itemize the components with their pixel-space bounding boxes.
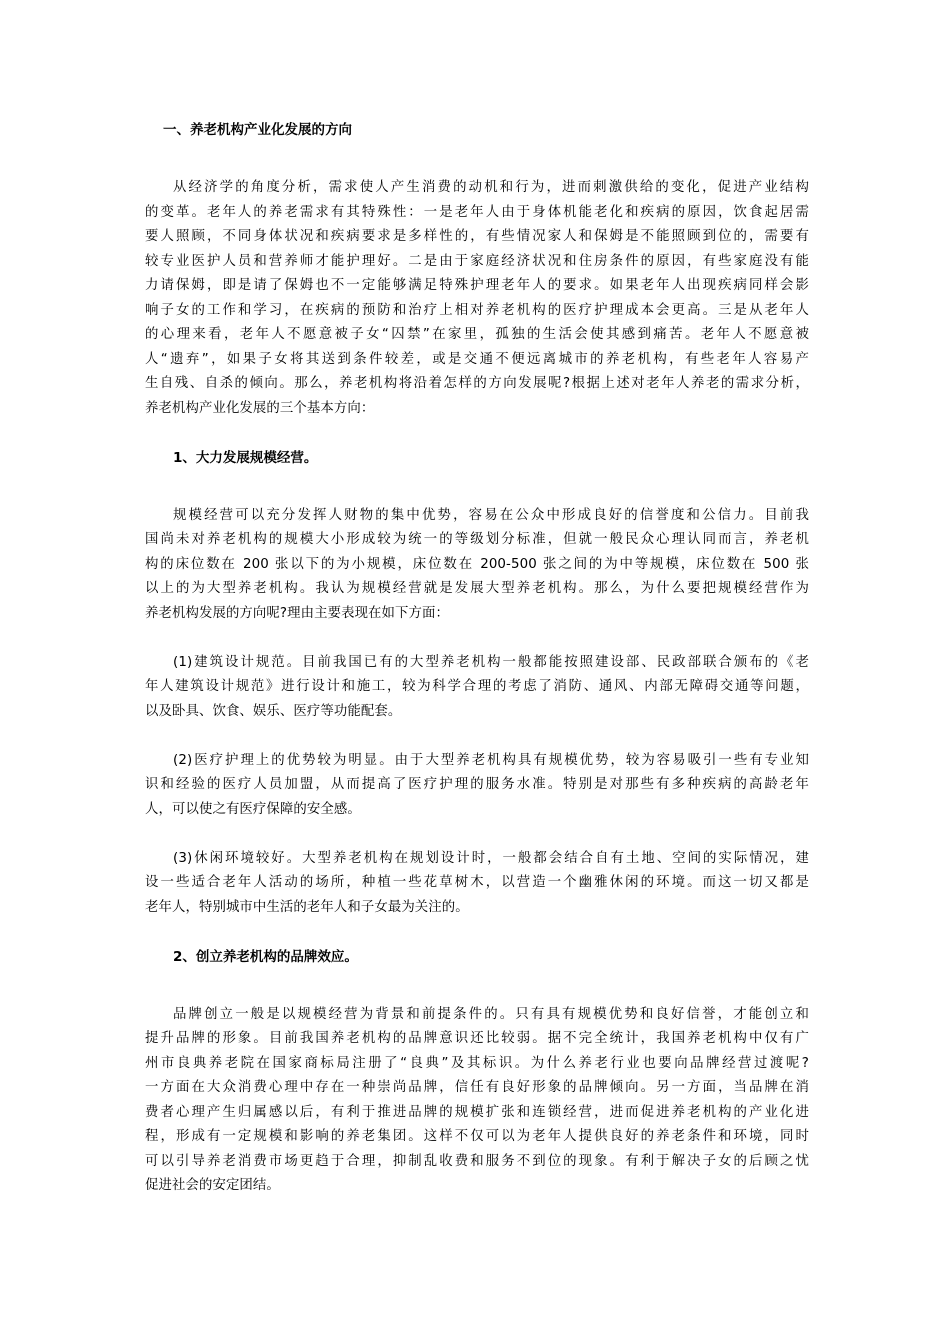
text-line: 提升品牌的形象。目前我国养老机构的品牌意识还比较弱。据不完全统计，我国养老机构中…: [145, 1027, 809, 1052]
text-line: 较专业医护人员和营养师才能护理好。二是由于家庭经济状况和住房条件的原因，有些家庭…: [145, 250, 809, 275]
subsection-1-title: 1、大力发展规模经营。: [145, 446, 809, 470]
subsection-1-paragraph-1: 规模经营可以充分发挥人财物的集中优势，容易在公众中形成良好的信誉度和公信力。目前…: [145, 504, 809, 627]
text-line: 可以引导养老消费市场更趋于合理，抑制乱收费和服务不到位的现象。有利于解决子女的后…: [145, 1150, 809, 1175]
text-line: 生自残、自杀的倾向。那么，养老机构将沿着怎样的方向发展呢?根据上述对老年人养老的…: [145, 372, 809, 397]
subsection-1-point-3: (3)休闲环境较好。大型养老机构在规划设计时，一般都会结合自有土地、空间的实际情…: [145, 847, 809, 921]
text-line: 促进社会的安定团结。: [145, 1174, 809, 1199]
text-line: 人“遗弃”，如果子女将其送到条件较差，或是交通不便远离城市的养老机构，有些老年人…: [145, 348, 809, 373]
text-line: 程，形成有一定规模和影响的养老集团。这样不仅可以为老年人提供良好的养老条件和环境…: [145, 1125, 809, 1150]
subsection-1-point-1: (1)建筑设计规范。目前我国已有的大型养老机构一般都能按照建设部、民政部联合颁布…: [145, 651, 809, 725]
text-line: 的心理来看，老年人不愿意被子女“囚禁”在家里，孤独的生活会使其感到痛苦。老年人不…: [145, 323, 809, 348]
document-page: 一、养老机构产业化发展的方向 从经济学的角度分析，需求使人产生消费的动机和行为，…: [145, 118, 809, 1199]
text-line: 设一些适合老年人活动的场所，种植一些花草树木，以营造一个幽雅休闲的环境。而这一切…: [145, 871, 809, 896]
text-line: (1)建筑设计规范。目前我国已有的大型养老机构一般都能按照建设部、民政部联合颁布…: [145, 651, 809, 676]
subsection-1-point-2: (2)医疗护理上的优势较为明显。由于大型养老机构具有规模优势，较为容易吸引一些有…: [145, 749, 809, 823]
text-line: (3)休闲环境较好。大型养老机构在规划设计时，一般都会结合自有土地、空间的实际情…: [145, 847, 809, 872]
text-line: 要人照顾，不同身体状况和疾病要求是多样性的，有些情况家人和保姆是不能照顾到位的，…: [145, 225, 809, 250]
text-line: 州市良典养老院在国家商标局注册了“良典”及其标识。为什么养老行业也要向品牌经营过…: [145, 1052, 809, 1077]
text-line: 构的床位数在 200 张以下的为小规模，床位数在 200-500 张之间的为中等…: [145, 553, 809, 578]
intro-paragraph: 从经济学的角度分析，需求使人产生消费的动机和行为，进而刺激供给的变化，促进产业结…: [145, 176, 809, 421]
text-line: 力请保姆，即是请了保姆也不一定能够满足特殊护理老年人的要求。如果老年人出现疾病同…: [145, 274, 809, 299]
subsection-2-paragraph: 品牌创立一般是以规模经营为背景和前提条件的。只有具有规模优势和良好信誉，才能创立…: [145, 1003, 809, 1199]
text-line: 的变革。老年人的养老需求有其特殊性：一是老年人由于身体机能老化和疾病的原因，饮食…: [145, 201, 809, 226]
text-line: 养老机构发展的方向呢?理由主要表现在如下方面：: [145, 602, 809, 627]
text-line: 品牌创立一般是以规模经营为背景和前提条件的。只有具有规模优势和良好信誉，才能创立…: [145, 1003, 809, 1028]
text-line: 识和经验的医疗人员加盟，从而提高了医疗护理的服务水准。特别是对那些有多种疾病的高…: [145, 773, 809, 798]
text-line: 老年人，特别城市中生活的老年人和子女最为关注的。: [145, 896, 809, 921]
section-title: 一、养老机构产业化发展的方向: [145, 118, 809, 142]
text-line: 人，可以使之有医疗保障的安全感。: [145, 798, 809, 823]
text-line: 国尚未对养老机构的规模大小形成较为统一的等级划分标准，但就一般民众心理认同而言，…: [145, 528, 809, 553]
text-line: 从经济学的角度分析，需求使人产生消费的动机和行为，进而刺激供给的变化，促进产业结…: [145, 176, 809, 201]
text-line: 以上的为大型养老机构。我认为规模经营就是发展大型养老机构。那么，为什么要把规模经…: [145, 577, 809, 602]
text-line: (2)医疗护理上的优势较为明显。由于大型养老机构具有规模优势，较为容易吸引一些有…: [145, 749, 809, 774]
subsection-2-title: 2、创立养老机构的品牌效应。: [145, 945, 809, 969]
text-line: 规模经营可以充分发挥人财物的集中优势，容易在公众中形成良好的信誉度和公信力。目前…: [145, 504, 809, 529]
text-line: 一方面在大众消费心理中存在一种崇尚品牌，信任有良好形象的品牌倾向。另一方面，当品…: [145, 1076, 809, 1101]
text-line: 养老机构产业化发展的三个基本方向：: [145, 397, 809, 422]
text-line: 响子女的工作和学习，在疾病的预防和治疗上相对养老机构的医疗护理成本会更高。三是从…: [145, 299, 809, 324]
text-line: 年人建筑设计规范》进行设计和施工，较为科学合理的考虑了消防、通风、内部无障碍交通…: [145, 675, 809, 700]
text-line: 费者心理产生归属感以后，有利于推进品牌的规模扩张和连锁经营，进而促进养老机构的产…: [145, 1101, 809, 1126]
text-line: 以及卧具、饮食、娱乐、医疗等功能配套。: [145, 700, 809, 725]
